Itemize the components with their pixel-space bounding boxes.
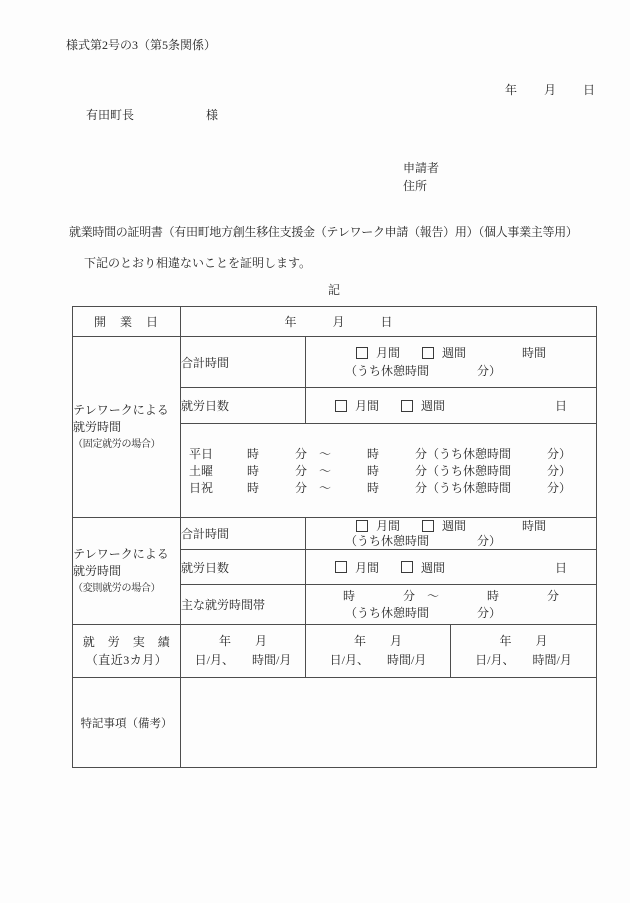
fixed-total-hours-unit: 時間 [522,344,546,362]
fixed-total-break-note: （うち休憩時間 分） [306,362,596,380]
applicant-block: 申請者 住所 [403,159,630,195]
main-hours-label: 主な就労時間帯 [181,585,306,625]
fixed-category-line2: 就労時間 [73,419,180,436]
address-label: 住所 [403,177,630,195]
opening-date-value: 年 月 日 [181,307,597,337]
main-hours-break-note: （うち休憩時間 分） [306,605,596,622]
work-record-label-line2: （直近3カ月） [73,651,180,669]
document-page: 様式第2号の3（第5条関係） 年 月 日 有田町長様 申請者 住所 就業時間の証… [0,0,630,903]
saturday-pattern: 時 分 ～ 時 分（うち休憩時間 分） [247,462,571,479]
irregular-total-hours-unit: 時間 [522,519,546,534]
record2-per-month: 日/月、 時間/月 [306,651,450,670]
document-title: 就業時間の証明書（有田町地方創生移住支援金（テレワーク申請（報告）用）（個人事業… [69,223,630,240]
record1-year-month: 年 月 [181,632,305,651]
irregular-days-unit: 日 [555,559,567,576]
fixed-days-weekly-label: 週間 [421,397,445,414]
fixed-category-note: （固定就労の場合） [73,436,180,453]
record1-per-month: 日/月、 時間/月 [181,651,305,670]
weekday-pattern: 時 分 ～ 時 分（うち休憩時間 分） [247,445,571,462]
fixed-category-line1: テレワークによる [73,402,180,419]
addressee: 有田町長 [86,108,134,122]
irregular-category-line1: テレワークによる [73,546,180,563]
certify-statement: 下記のとおり相違ないことを証明します。 [84,254,630,271]
notes-value-area [181,678,597,768]
checkbox-fixed-days-monthly[interactable] [335,400,347,412]
fixed-work-days-value: 月間 週間 日 [306,388,597,424]
fixed-days-unit: 日 [555,397,567,414]
fixed-total-hours-value: 月間 週間 時間 （うち休憩時間 分） [306,337,597,388]
checkbox-fixed-total-monthly[interactable] [356,347,368,359]
record3-per-month: 日/月、 時間/月 [451,651,596,670]
fixed-work-days-label: 就労日数 [181,388,306,424]
irregular-work-category: テレワークによる 就労時間 （変則就労の場合） [73,518,181,625]
fixed-total-monthly-label: 月間 [376,344,400,362]
irregular-work-days-label: 就労日数 [181,550,306,585]
form-table: 開 業 日 年 月 日 テレワークによる 就労時間 （固定就労の場合） 合計時間… [72,306,597,768]
fixed-days-monthly-label: 月間 [355,397,379,414]
honorific: 様 [206,108,218,122]
record-marker: 記 [72,281,596,298]
saturday-label: 土曜 [189,462,213,479]
work-record-label-line1: 就 労 実 績 [73,633,180,651]
schedule-row-saturday: 土曜 時 分 ～ 時 分（うち休憩時間 分） [189,462,596,479]
work-record-month-1: 年 月 日/月、 時間/月 [181,625,306,678]
work-record-month-3: 年 月 日/月、 時間/月 [451,625,597,678]
checkbox-irregular-total-monthly[interactable] [356,520,368,532]
irregular-category-line2: 就労時間 [73,563,180,580]
schedule-row-weekday: 平日 時 分 ～ 時 分（うち休憩時間 分） [189,445,596,462]
weekday-label: 平日 [189,445,213,462]
main-hours-value: 時 分 ～ 時 分 （うち休憩時間 分） [306,585,597,625]
irregular-total-hours-label: 合計時間 [181,518,306,550]
checkbox-irregular-days-weekly[interactable] [401,561,413,573]
checkbox-irregular-days-monthly[interactable] [335,561,347,573]
addressee-line: 有田町長様 [86,106,630,123]
fixed-work-category: テレワークによる 就労時間 （固定就労の場合） [73,337,181,518]
sunday-holiday-label: 日祝 [189,479,213,496]
record3-year-month: 年 月 [451,632,596,651]
checkbox-fixed-days-weekly[interactable] [401,400,413,412]
irregular-total-hours-value: 月間 週間 時間 （うち休憩時間 分） [306,518,597,550]
schedule-row-sunday-holiday: 日祝 時 分 ～ 時 分（うち休憩時間 分） [189,479,596,496]
checkbox-fixed-total-weekly[interactable] [422,347,434,359]
irregular-total-monthly-label: 月間 [376,519,400,534]
fixed-schedule-cell: 平日 時 分 ～ 時 分（うち休憩時間 分） 土曜 時 分 ～ 時 分（うち休憩… [181,424,597,518]
applicant-label: 申請者 [403,159,630,177]
fixed-total-hours-label: 合計時間 [181,337,306,388]
record2-year-month: 年 月 [306,632,450,651]
sunday-holiday-pattern: 時 分 ～ 時 分（うち休憩時間 分） [247,479,571,496]
irregular-total-weekly-label: 週間 [442,519,466,534]
irregular-days-monthly-label: 月間 [355,559,379,576]
irregular-category-note: （変則就労の場合） [73,580,180,597]
irregular-work-days-value: 月間 週間 日 [306,550,597,585]
work-record-label: 就 労 実 績 （直近3カ月） [73,625,181,678]
irregular-total-break-note: （うち休憩時間 分） [306,534,596,549]
checkbox-irregular-total-weekly[interactable] [422,520,434,532]
work-record-month-2: 年 月 日/月、 時間/月 [306,625,451,678]
main-hours-time-range: 時 分 ～ 時 分 [306,588,596,605]
fixed-total-weekly-label: 週間 [442,344,466,362]
notes-label: 特記事項（備考） [73,678,181,768]
form-number: 様式第2号の3（第5条関係） [66,0,630,53]
date-line: 年 月 日 [0,81,596,98]
irregular-days-weekly-label: 週間 [421,559,445,576]
opening-date-label: 開 業 日 [73,307,181,337]
